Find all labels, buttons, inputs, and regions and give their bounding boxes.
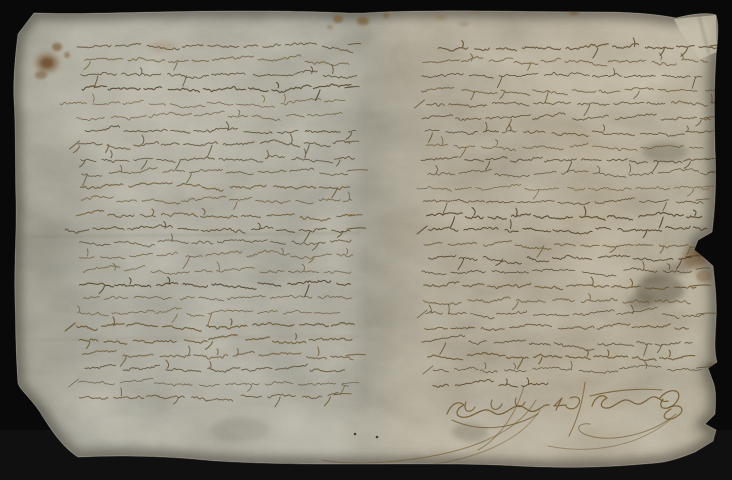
photo-stage: Photograph of a 16th-century handwritten… — [0, 0, 732, 480]
manuscript-photo: Photograph of a 16th-century handwritten… — [0, 0, 732, 480]
ink-dot — [376, 436, 379, 439]
ink-dot — [354, 433, 357, 436]
